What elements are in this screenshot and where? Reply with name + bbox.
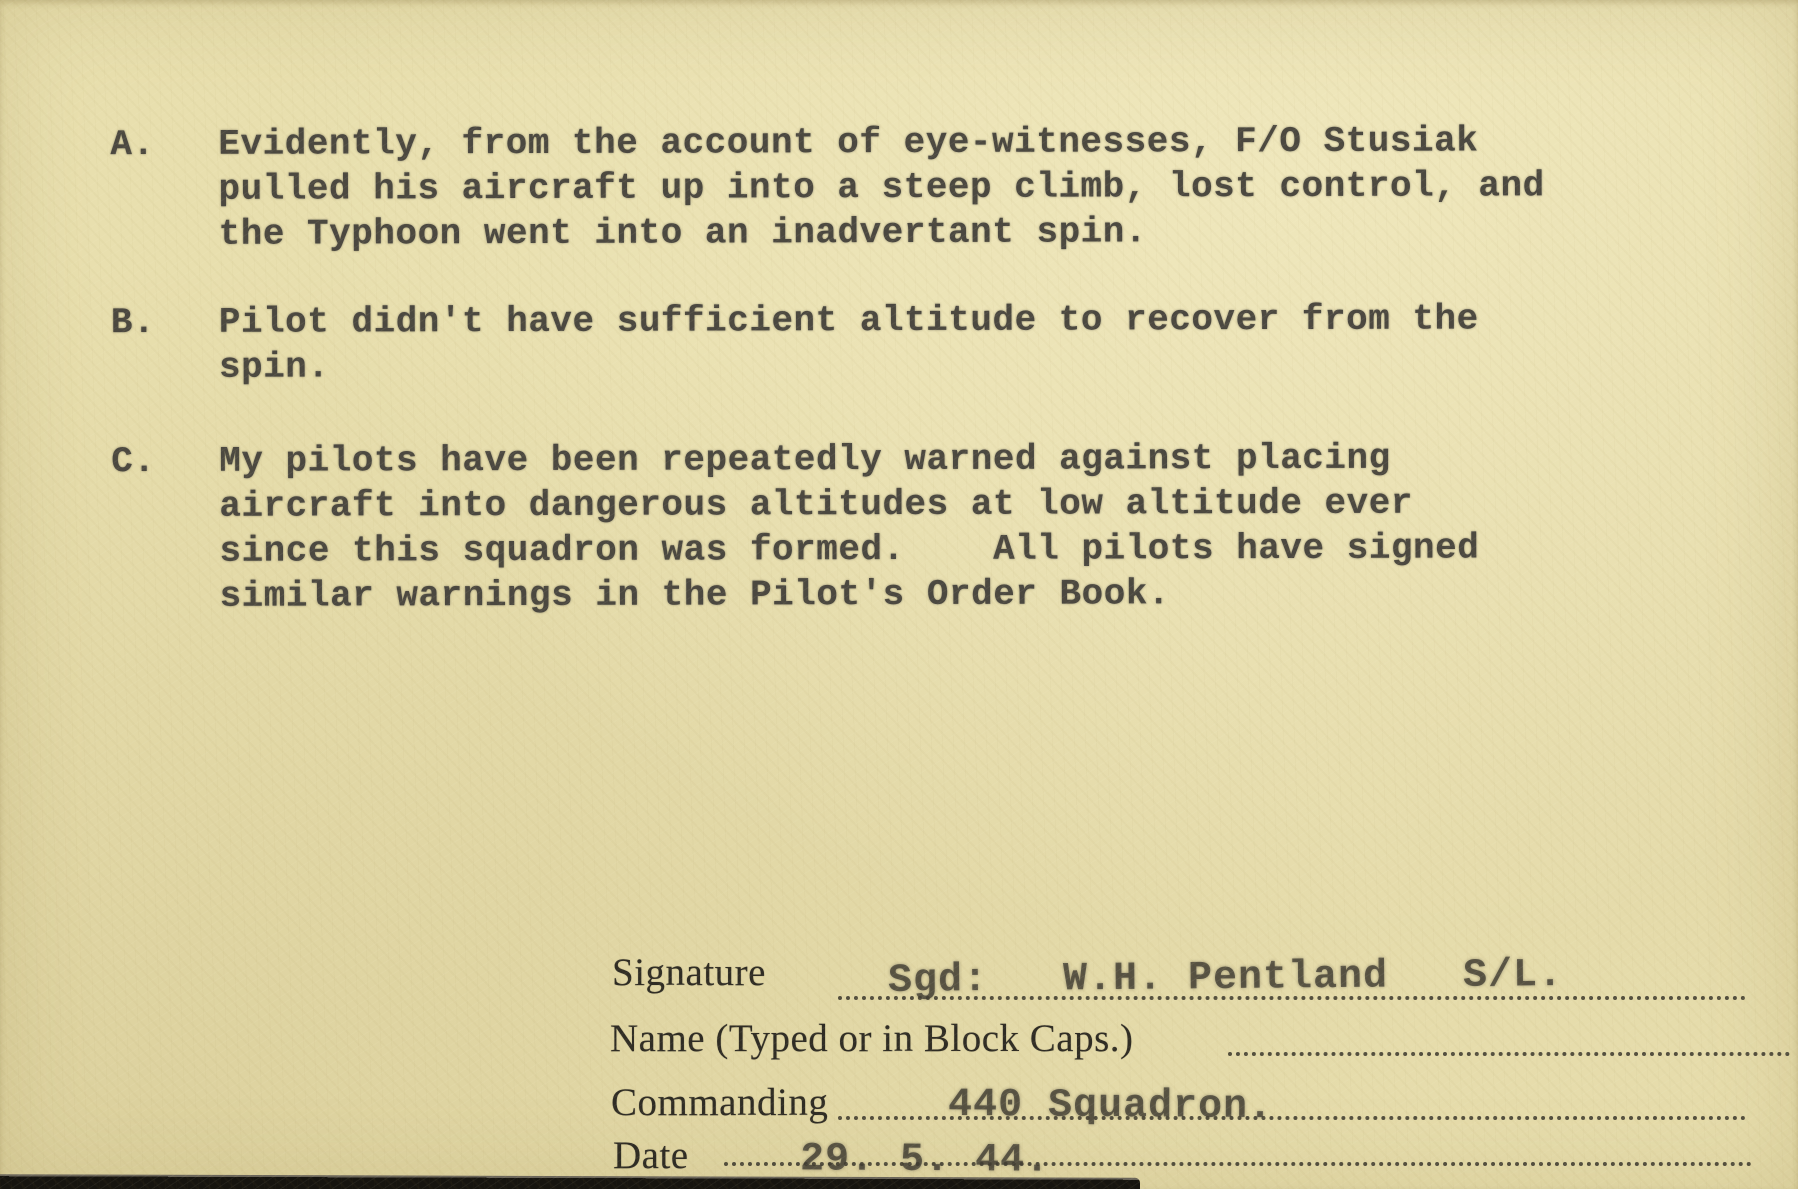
commanding-typed-value: 440 Squadron. <box>948 1083 1273 1130</box>
report-body: A. Evidently, from the account of eye-wi… <box>0 0 1798 2</box>
section-a-paragraph: Evidently, from the account of eye-witne… <box>218 118 1545 256</box>
name-label: Name (Typed or in Block Caps.) <box>610 1016 1134 1061</box>
signature-typed-value: Sgd: W.H. Pentland S/L. <box>888 953 1563 1004</box>
section-a-line-1: Evidently, from the account of eye-witne… <box>218 118 1544 166</box>
section-a-line-3: the Typhoon went into an inadvertant spi… <box>219 208 1545 256</box>
section-c-paragraph: My pilots have been repeatedly warned ag… <box>219 435 1479 618</box>
commanding-label: Commanding <box>611 1080 828 1125</box>
section-c-line-3: since this squadron was formed. All pilo… <box>219 525 1479 573</box>
name-dotted-line <box>1228 1052 1790 1056</box>
signature-label: Signature <box>612 950 766 995</box>
section-c-line-2: aircraft into dangerous altitudes at low… <box>219 480 1479 528</box>
section-a-letter: A. <box>110 122 154 167</box>
section-b-line-2: spin. <box>219 341 1479 389</box>
section-b-paragraph: Pilot didn't have sufficient altitude to… <box>219 296 1479 389</box>
section-c-line-4: similar warnings in the Pilot's Order Bo… <box>219 570 1479 618</box>
section-c-letter: C. <box>111 439 155 484</box>
scanned-document-page: A. Evidently, from the account of eye-wi… <box>0 0 1798 1189</box>
section-c-line-1: My pilots have been repeatedly warned ag… <box>219 435 1479 483</box>
section-b-line-1: Pilot didn't have sufficient altitude to… <box>219 296 1479 344</box>
section-b-letter: B. <box>111 300 155 345</box>
section-a-line-2: pulled his aircraft up into a steep clim… <box>218 163 1544 211</box>
scan-edge-bar <box>0 1174 1140 1189</box>
date-label: Date <box>613 1133 689 1178</box>
